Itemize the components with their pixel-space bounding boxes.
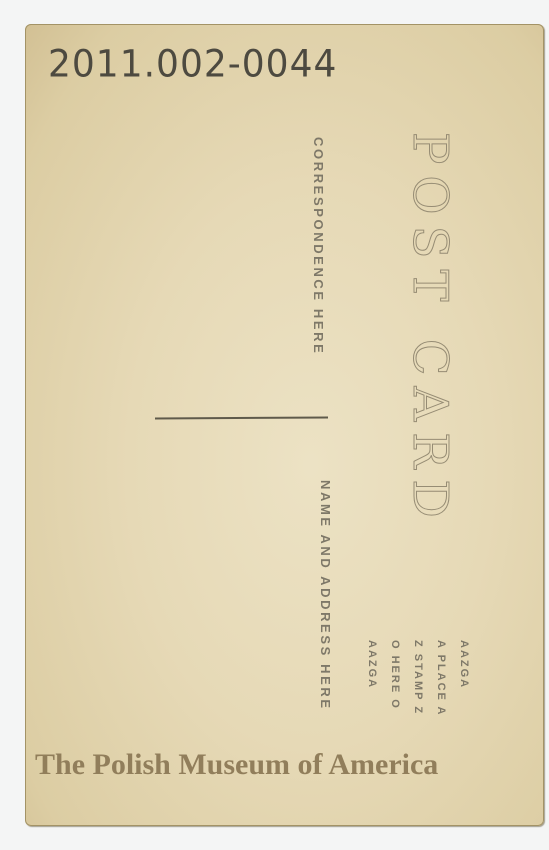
stamp-column: Z STAMP Z (412, 640, 424, 715)
stamp-column: O HERE O (389, 640, 401, 710)
accession-number: 2011.002-0044 (48, 43, 337, 86)
stamp-column: AAZGA (366, 640, 378, 689)
stamp-box: AAZGA A PLACE A Z STAMP Z O HERE O AAZGA (350, 640, 478, 760)
address-label: NAME AND ADDRESS HERE (318, 480, 333, 711)
postcard-heading: POST CARD (402, 132, 458, 529)
stamp-column: AAZGA (458, 640, 470, 689)
museum-watermark: The Polish Museum of America (35, 748, 438, 782)
correspondence-label: CORRESPONDENCE HERE (311, 137, 326, 355)
stamp-column: A PLACE A (435, 640, 447, 716)
